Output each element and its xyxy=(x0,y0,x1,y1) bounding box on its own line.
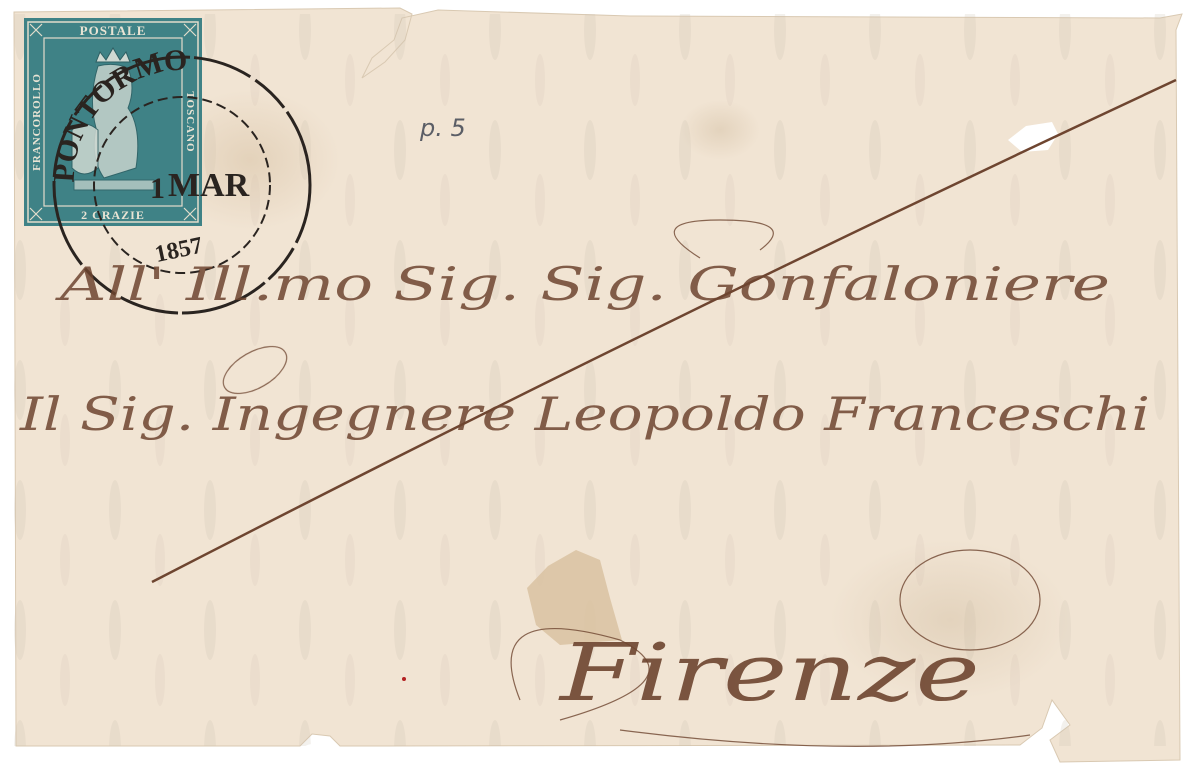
stamp-left-label: FRANCOROLLO xyxy=(31,73,43,171)
pencil-note: p. 5 xyxy=(419,114,466,142)
postal-cover: POSTALE 2 CRAZIE FRANCOROLLO TOSCANO PON… xyxy=(0,0,1200,775)
address-line-1: All' Ill.mo Sig. Sig. Gonfaloniere xyxy=(54,257,1110,311)
red-speck xyxy=(402,677,406,681)
postmark-day: 1 xyxy=(150,172,165,205)
tear-notch xyxy=(292,744,334,762)
stamp-top-label: POSTALE xyxy=(80,23,147,38)
stamp-right-label: TOSCANO xyxy=(184,91,196,152)
address-line-2: Il Sig. Ingegnere Leopoldo Franceschi xyxy=(19,387,1150,441)
stain xyxy=(680,100,760,160)
stamp-bottom-label: 2 CRAZIE xyxy=(81,208,145,222)
postmark-month: MAR xyxy=(168,167,250,204)
